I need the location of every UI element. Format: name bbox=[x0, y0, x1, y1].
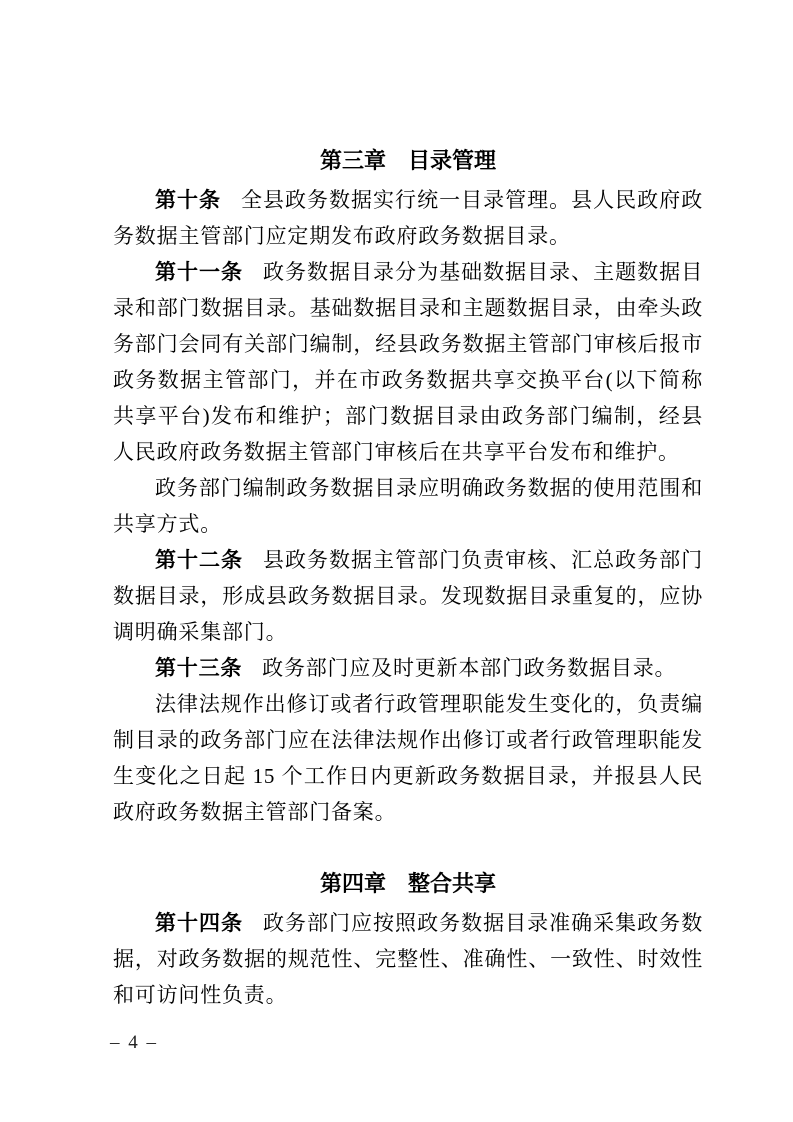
article-11-paragraph-2: 政务部门编制政务数据目录应明确政务数据的使用范围和共享方式。 bbox=[113, 470, 703, 542]
article-14-paragraph: 第十四条政务部门应按照政务数据目录准确采集政务数据，对政务数据的规范性、完整性、… bbox=[113, 905, 703, 1013]
article-13-label: 第十三条 bbox=[155, 656, 242, 680]
article-13-paragraph-2: 法律法规作出修订或者行政管理职能发生变化的，负责编制目录的政务部门应在法律法规作… bbox=[113, 686, 703, 830]
document-page: 第三章 目录管理 第十条全县政务数据实行统一目录管理。县人民政府政务数据主管部门… bbox=[0, 0, 793, 1122]
article-11-label: 第十一条 bbox=[155, 260, 243, 284]
article-12-paragraph: 第十二条县政务数据主管部门负责审核、汇总政务部门数据目录，形成县政务数据目录。发… bbox=[113, 542, 703, 650]
article-11-paragraph: 第十一条政务数据目录分为基础数据目录、主题数据目录和部门数据目录。基础数据目录和… bbox=[113, 254, 703, 470]
chapter-4-heading: 第四章 整合共享 bbox=[113, 863, 703, 905]
chapter-3-heading: 第三章 目录管理 bbox=[113, 140, 703, 182]
article-10-label: 第十条 bbox=[155, 188, 221, 212]
article-12-label: 第十二条 bbox=[155, 548, 243, 572]
article-13-paragraph: 第十三条政务部门应及时更新本部门政务数据目录。 bbox=[113, 650, 703, 686]
article-11-text: 政务数据目录分为基础数据目录、主题数据目录和部门数据目录。基础数据目录和主题数据… bbox=[113, 260, 703, 464]
page-number: – 4 – bbox=[110, 1032, 158, 1054]
article-14-label: 第十四条 bbox=[155, 911, 243, 935]
article-10-paragraph: 第十条全县政务数据实行统一目录管理。县人民政府政务数据主管部门应定期发布政府政务… bbox=[113, 182, 703, 254]
document-content: 第三章 目录管理 第十条全县政务数据实行统一目录管理。县人民政府政务数据主管部门… bbox=[113, 140, 703, 1013]
article-13-text: 政务部门应及时更新本部门政务数据目录。 bbox=[262, 656, 676, 680]
